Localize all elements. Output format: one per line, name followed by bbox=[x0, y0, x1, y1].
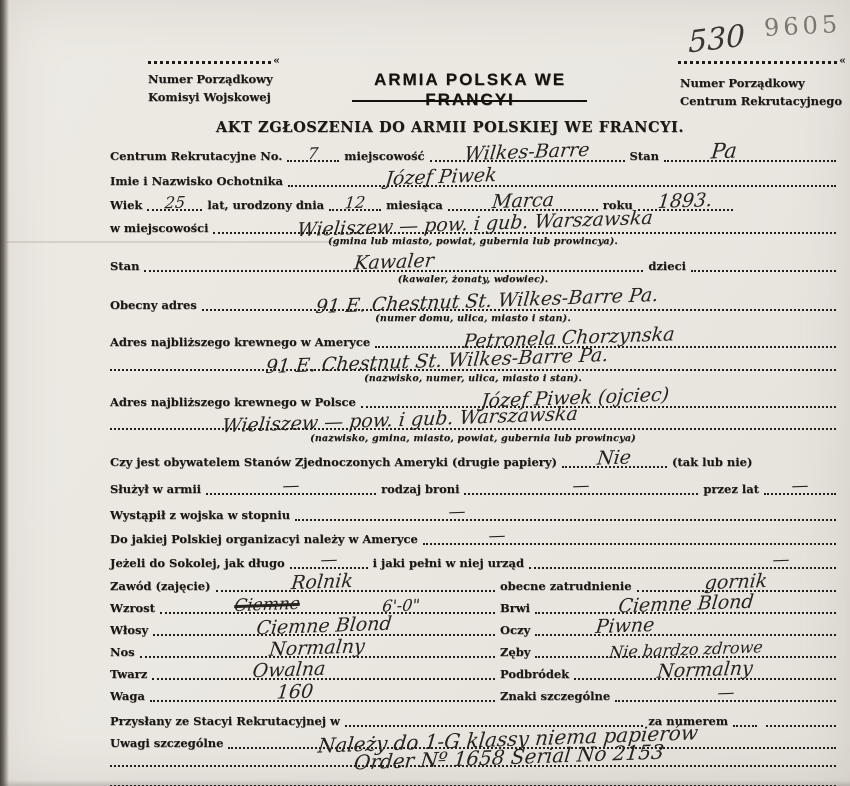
scan-edge-left bbox=[0, 0, 9, 786]
field-label: Uwagi szczególne bbox=[110, 737, 228, 749]
dotted-rule bbox=[110, 773, 836, 786]
field-label: (tak lub nie) bbox=[667, 456, 757, 468]
field-row-address: Obecny adres 91 E. Chestnut St. Wilkes-B… bbox=[110, 295, 836, 311]
handwritten-value: 160 bbox=[276, 682, 314, 702]
dotted-rule: — bbox=[290, 555, 368, 569]
field-label: Obecny adres bbox=[110, 299, 202, 311]
field-label: Stan bbox=[625, 150, 664, 162]
handwritten-value: — bbox=[282, 478, 301, 496]
dotted-rule: — bbox=[529, 555, 836, 569]
field-label: Twarz bbox=[110, 668, 152, 680]
field-row-nose: Nos Normalny Zęby Nie bardzo zdrowe bbox=[110, 642, 836, 658]
dotted-rule: Pa bbox=[664, 148, 836, 162]
field-label: Znaki szczególne bbox=[495, 690, 615, 702]
scanned-enlistment-form: 530 9605 « Numer Porządkowy Komisyi Wojs… bbox=[0, 0, 850, 786]
pencil-number: 530 bbox=[688, 18, 745, 60]
dotted-rule: 91 E. Chestnut St. Wilkes-Barre Pa. bbox=[110, 357, 836, 371]
left-corner-rule: « bbox=[148, 56, 280, 64]
rule-end-mark: « bbox=[271, 58, 280, 64]
form-header: ARMIA POLSKA WE FRANCYI bbox=[330, 70, 610, 110]
field-label: Włosy bbox=[110, 624, 153, 636]
handwritten-value: Ciemne Blond bbox=[617, 593, 754, 617]
dotted-rule: Nie bardzo zdrowe bbox=[535, 644, 836, 658]
field-row-birthplace: w miejscowości Wieliszew — pow. i gub. W… bbox=[110, 218, 836, 234]
field-hint: (nazwisko, gmina, miasto, powiat, gubern… bbox=[110, 433, 836, 444]
field-row-relative-us-line2: 91 E. Chestnut St. Wilkes-Barre Pa. bbox=[110, 355, 836, 371]
field-row-discharged: Wystąpił z wojska w stopniu — bbox=[110, 505, 836, 521]
handwritten-value: Ciemne Blond bbox=[255, 615, 392, 639]
dotted-rule: 12 bbox=[329, 197, 381, 211]
field-label: Nos bbox=[110, 646, 140, 658]
field-label: rodzaj broni bbox=[376, 483, 464, 495]
handwritten-value: — bbox=[488, 528, 507, 546]
field-label: w miejscowości bbox=[110, 222, 213, 234]
struck-handwritten-value: Ciemne bbox=[233, 596, 300, 615]
rule-end-mark: « bbox=[837, 58, 846, 64]
handwritten-value: Rolnik bbox=[290, 572, 354, 593]
field-row-relative-us: Adres najbliższego krewnego w Ameryce Pe… bbox=[110, 332, 836, 348]
field-label: Waga bbox=[110, 690, 150, 702]
left-corner-line2: Komisyi Wojskowej bbox=[148, 90, 271, 104]
field-label: Brwi bbox=[495, 602, 535, 614]
left-column: Zawód (zajęcie) Rolnik bbox=[110, 578, 495, 592]
handwritten-value: Marca bbox=[491, 191, 555, 212]
field-label: Przysłany ze Stacyi Rekrutacyjnej w bbox=[110, 715, 345, 727]
field-label: Służył w armii bbox=[110, 483, 206, 495]
field-hint: (kawaler, żonaty, wdowiec). bbox=[110, 274, 836, 285]
dotted-rule: gornik bbox=[637, 578, 836, 592]
field-row-citizen: Czy jest obywatelem Stanów Zjednoczonych… bbox=[110, 452, 836, 468]
handwritten-value: — bbox=[572, 478, 591, 496]
dotted-rule: Piwne bbox=[535, 622, 836, 636]
dotted-rule: 7 bbox=[287, 148, 339, 162]
dotted-rule: — bbox=[464, 481, 698, 495]
dotted-rule: Rolnik bbox=[216, 578, 496, 592]
handwritten-value: Owalna bbox=[252, 660, 327, 682]
left-column: Waga 160 bbox=[110, 688, 495, 702]
dotted-rule: Ciemne 6'-0" bbox=[160, 600, 495, 614]
right-corner-line2: Centrum Rekrutacyjnego bbox=[680, 94, 842, 108]
right-corner-rule: « bbox=[678, 56, 846, 64]
dotted-rule bbox=[691, 258, 836, 272]
field-row-centrum: Centrum Rekrutacyjne No. 7 miejscowość W… bbox=[110, 146, 836, 162]
handwritten-value: Wieliszew — pow. i gub. Warszawska bbox=[222, 405, 579, 436]
right-column: Brwi Ciemne Blond bbox=[495, 600, 836, 614]
dotted-rule: — bbox=[423, 531, 836, 545]
handwritten-value: — bbox=[771, 552, 790, 570]
field-hint: (nazwisko, numer, ulica, miasto i stan). bbox=[110, 373, 836, 384]
field-label: Stan bbox=[110, 260, 144, 272]
right-corner-line1: Numer Porządkowy bbox=[680, 76, 805, 90]
field-label: Zawód (zajęcie) bbox=[110, 580, 216, 592]
dotted-rule bbox=[733, 713, 757, 727]
dotted-rule: Wieliszew — pow. i gub. Warszawska bbox=[110, 416, 836, 430]
dotted-rule: Ciemne Blond bbox=[535, 600, 836, 614]
field-label: Wiek bbox=[110, 199, 147, 211]
field-row-height: Wzrost Ciemne 6'-0" Brwi Ciemne Blond bbox=[110, 598, 836, 614]
dotted-rule: 160 bbox=[150, 688, 495, 702]
field-label: Adres najbliższego krewnego w Polsce bbox=[110, 396, 361, 408]
right-column: Zęby Nie bardzo zdrowe bbox=[495, 644, 836, 658]
dotted-rule bbox=[678, 56, 837, 64]
field-label: Podbródek bbox=[495, 668, 574, 680]
handwritten-value: 12 bbox=[344, 195, 366, 212]
field-row-sokol: Jeżeli do Sokolej, jak długo — i jaki pe… bbox=[110, 553, 836, 569]
right-column: Oczy Piwne bbox=[495, 622, 836, 636]
right-column: obecne zatrudnienie gornik bbox=[495, 578, 836, 592]
form-title: AKT ZGŁOSZENIA DO ARMII POLSKIEJ WE FRAN… bbox=[120, 119, 780, 136]
field-label: i jaki pełni w niej urząd bbox=[368, 557, 529, 569]
field-row-face: Twarz Owalna Podbródek Normalny bbox=[110, 664, 836, 680]
handwritten-value: — bbox=[319, 552, 338, 570]
field-hint: (gmina lub miasto, powiat, gubernia lub … bbox=[110, 236, 836, 247]
handwritten-value: Piwne bbox=[595, 616, 656, 637]
dotted-rule: Józef Piwek bbox=[288, 173, 836, 187]
handwritten-value: 7 bbox=[307, 146, 319, 162]
left-column: Nos Normalny bbox=[110, 644, 495, 658]
field-row-station: Przysłany ze Stacyi Rekrutacyjnej w za n… bbox=[110, 711, 836, 727]
right-column: Znaki szczególne — bbox=[495, 688, 836, 702]
field-row-organization: Do jakiej Polskiej organizacyi należy w … bbox=[110, 529, 836, 545]
field-label: miejscowość bbox=[339, 150, 429, 162]
field-label: lat, urodzony dnia bbox=[202, 199, 329, 211]
dotted-rule: Owalna bbox=[152, 666, 495, 680]
handwritten-value: gornik bbox=[704, 572, 768, 593]
handwritten-value: Normalny bbox=[269, 637, 366, 659]
handwritten-value: — bbox=[448, 504, 467, 522]
handwritten-value: Józef Piwek bbox=[385, 166, 498, 189]
dotted-rule: — bbox=[615, 688, 836, 702]
dotted-rule: — bbox=[206, 481, 376, 495]
field-label: Wystąpił z wojska w stopniu bbox=[110, 509, 295, 521]
handwritten-value: Nie bbox=[596, 448, 632, 468]
field-row-relative-pl-line2: Wieliszew — pow. i gub. Warszawska bbox=[110, 414, 836, 430]
dotted-rule: — bbox=[764, 481, 836, 495]
field-row-remarks-line2: Order Nº 1658 Serial No 2153 bbox=[110, 751, 836, 767]
handwritten-value: — bbox=[716, 685, 735, 703]
field-row-hair: Włosy Ciemne Blond Oczy Piwne bbox=[110, 620, 836, 636]
field-row-served: Służył w armii — rodzaj broni — przez la… bbox=[110, 479, 836, 495]
field-label: Do jakiej Polskiej organizacyi należy w … bbox=[110, 533, 423, 545]
field-label: Jeżeli do Sokolej, jak długo bbox=[110, 557, 290, 569]
field-row-weight: Waga 160 Znaki szczególne — bbox=[110, 686, 836, 702]
dotted-rule: 25 bbox=[147, 197, 202, 211]
field-label: miesiąca bbox=[381, 199, 448, 211]
field-label: Czy jest obywatelem Stanów Zjednoczonych… bbox=[110, 456, 562, 468]
dotted-rule bbox=[766, 713, 836, 727]
dotted-rule: Normalny bbox=[574, 666, 836, 680]
handwritten-value: 1893. bbox=[657, 191, 713, 212]
handwritten-value: Pa bbox=[710, 141, 738, 163]
field-row-occupation: Zawód (zajęcie) Rolnik obecne zatrudnien… bbox=[110, 576, 836, 592]
dotted-rule bbox=[148, 56, 271, 64]
field-row-marital: Stan Kawaler dzieci bbox=[110, 256, 836, 272]
field-label: Adres najbliższego krewnego w Ameryce bbox=[110, 336, 375, 348]
dotted-rule: — bbox=[295, 507, 836, 521]
dotted-rule: Order Nº 1658 Serial No 2153 bbox=[110, 753, 836, 767]
handwritten-value: Normalny bbox=[656, 659, 753, 681]
handwritten-value: 25 bbox=[164, 195, 186, 212]
field-label: Wzrost bbox=[110, 602, 160, 614]
field-label: Centrum Rekrutacyjne No. bbox=[110, 150, 287, 162]
dotted-rule: Wilkes-Barre bbox=[430, 148, 625, 162]
header-underline bbox=[352, 100, 587, 102]
dotted-rule: Kawaler bbox=[144, 258, 643, 272]
left-column: Twarz Owalna bbox=[110, 666, 495, 680]
field-row-name: Imie i Nazwisko Ochotnika Józef Piwek bbox=[110, 171, 836, 187]
handwritten-value: Kawaler bbox=[353, 252, 434, 274]
dotted-rule: 91 E. Chestnut St. Wilkes-Barre Pa. bbox=[202, 297, 836, 311]
stamp-number: 9605 bbox=[763, 10, 841, 42]
field-label: przez lat bbox=[698, 483, 764, 495]
dotted-rule: Józef Piwek (ojciec) bbox=[361, 394, 836, 408]
field-row-remarks-line3 bbox=[110, 771, 836, 786]
field-label: obecne zatrudnienie bbox=[495, 580, 637, 592]
field-hint: (numer domu, ulica, miasto i stan). bbox=[110, 313, 836, 324]
field-label: Imie i Nazwisko Ochotnika bbox=[110, 175, 288, 187]
left-column: Wzrost Ciemne 6'-0" bbox=[110, 600, 495, 614]
handwritten-value: Wilkes-Barre bbox=[464, 141, 591, 164]
field-label: Zęby bbox=[495, 646, 535, 658]
left-column: Włosy Ciemne Blond bbox=[110, 622, 495, 636]
field-label: dzieci bbox=[643, 260, 691, 272]
field-row-age: Wiek 25 lat, urodzony dnia 12 miesiąca M… bbox=[110, 195, 836, 211]
dotted-rule: Wieliszew — pow. i gub. Warszawska bbox=[213, 220, 836, 234]
dotted-rule: Nie bbox=[562, 454, 667, 468]
field-label: Oczy bbox=[495, 624, 535, 636]
handwritten-value: — bbox=[791, 478, 810, 496]
left-corner-line1: Numer Porządkowy bbox=[148, 72, 273, 86]
right-column: Podbródek Normalny bbox=[495, 666, 836, 680]
dotted-rule: Normalny bbox=[140, 644, 495, 658]
dotted-rule: Ciemne Blond bbox=[153, 622, 495, 636]
